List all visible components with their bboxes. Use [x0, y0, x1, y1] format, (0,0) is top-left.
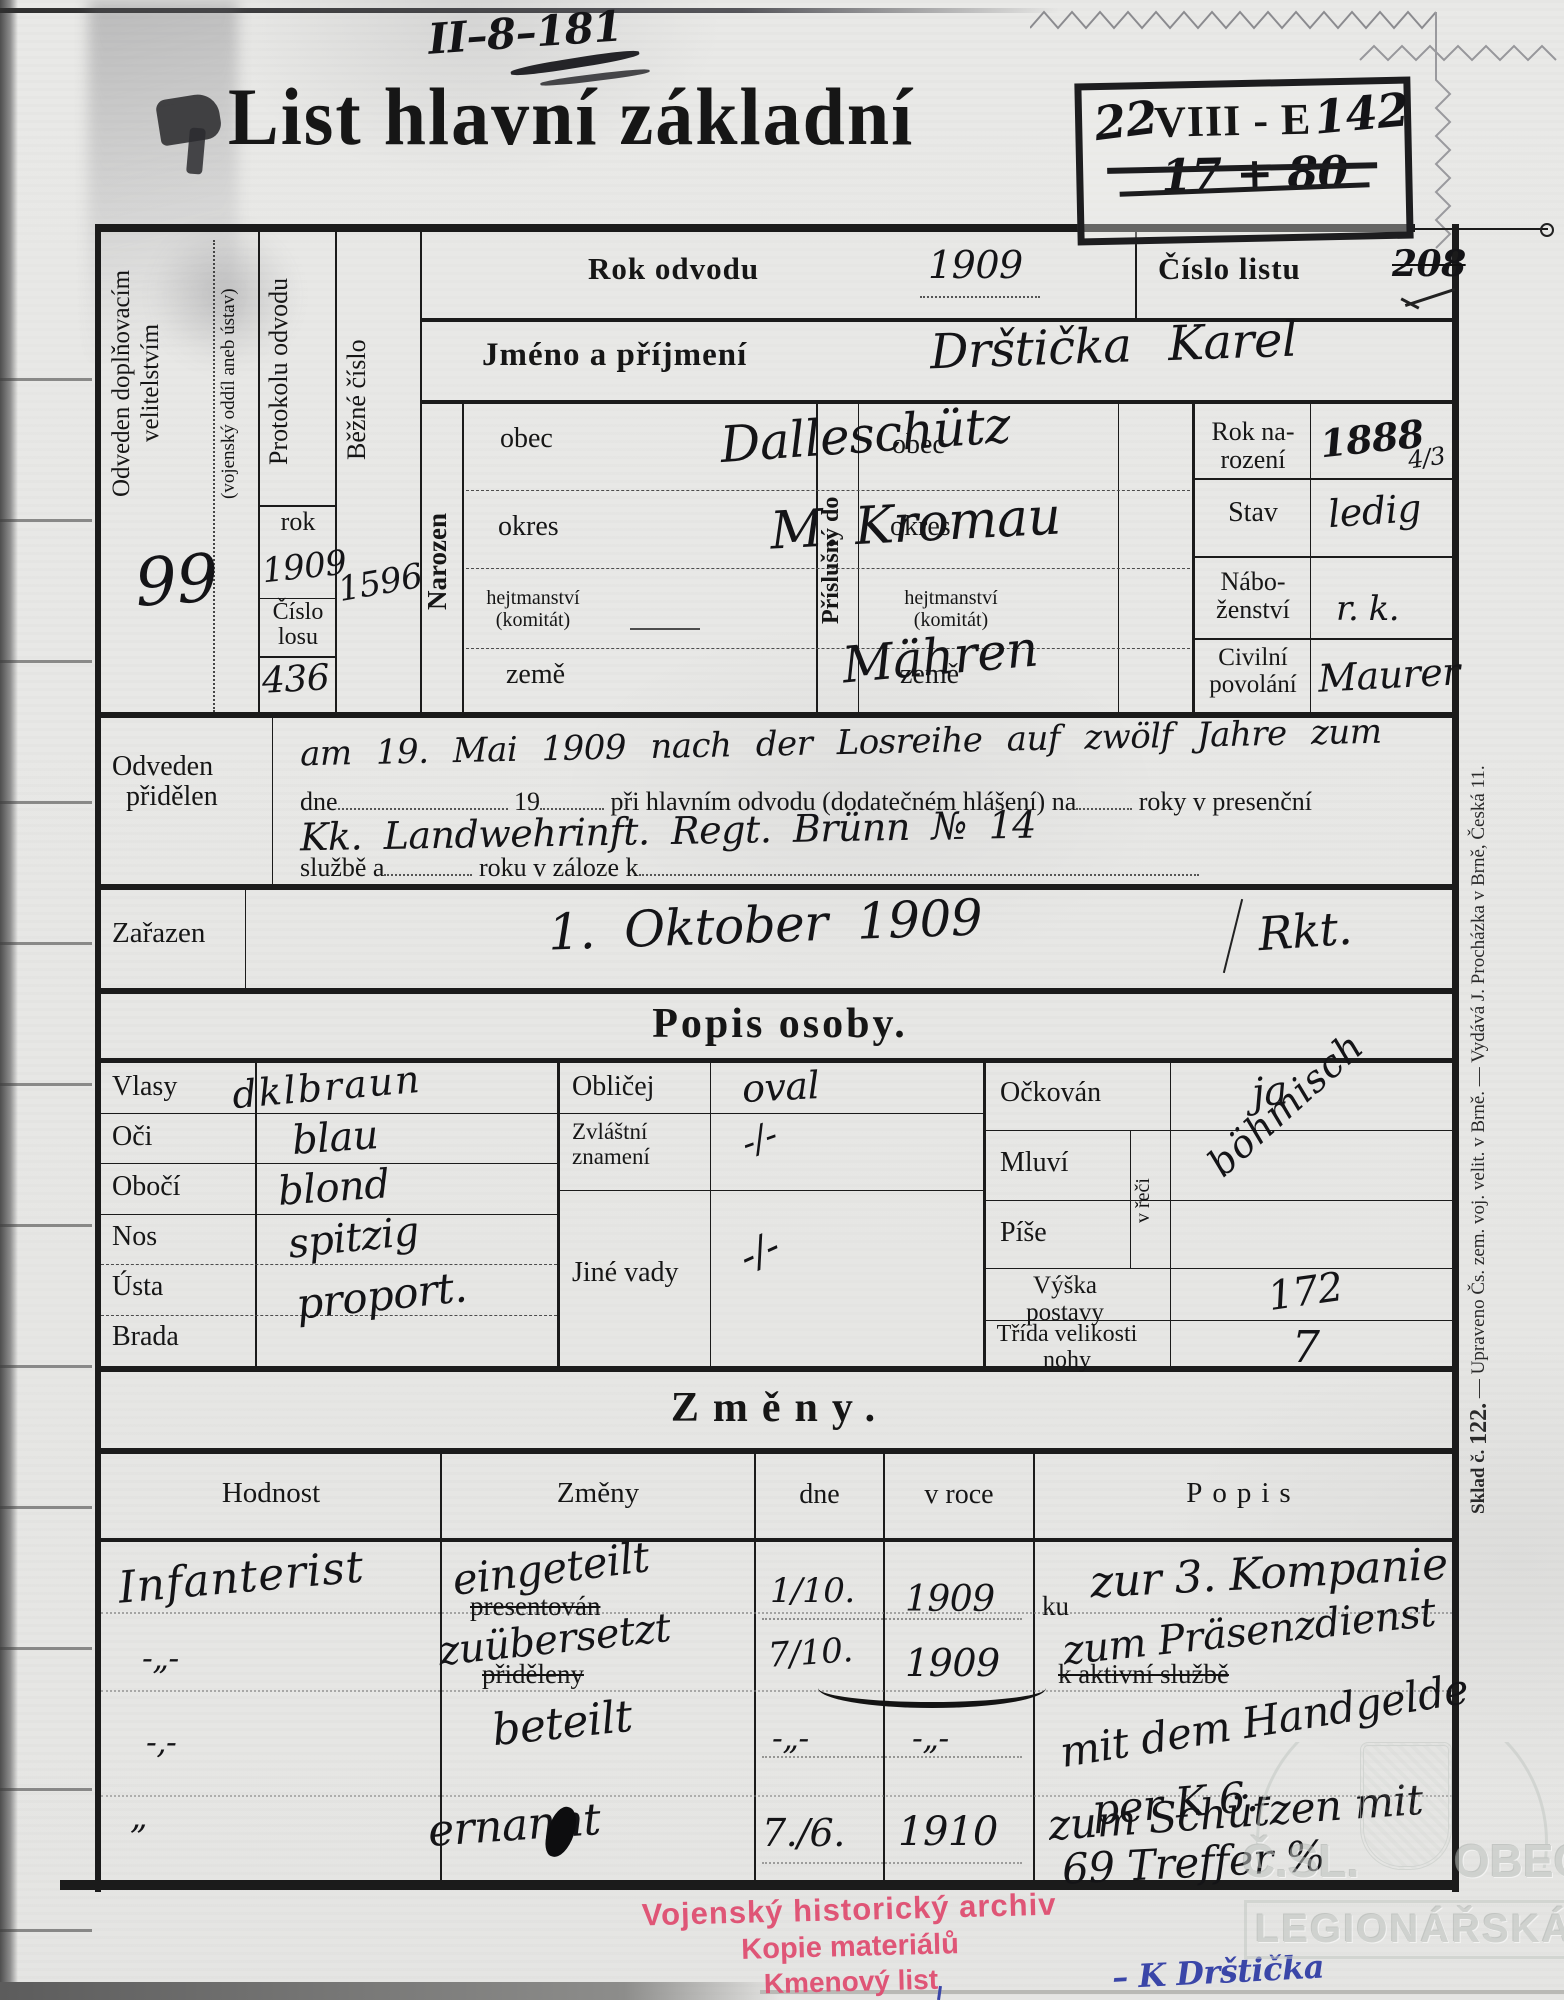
form-top-border-thin [1410, 228, 1548, 230]
zmeny-row-rok: 1909 [905, 1582, 995, 1618]
rok-narozeni-label: Rok na­rození [1200, 418, 1306, 474]
zmeny-row-dne: -„- [772, 1722, 809, 1754]
jine-vady-label: Jiné vady [572, 1258, 679, 1288]
trida-label: Třída velikosti nohy [992, 1322, 1142, 1374]
zmeny-row-hodnost: Infanterist [117, 1545, 367, 1610]
watermark-shield [1360, 1742, 1452, 1870]
odveden-p6: roku v záloze k [479, 853, 639, 882]
odveden-label-l2: přidělen [126, 781, 218, 812]
zmeny-row-rok: -„- [912, 1722, 949, 1754]
protokol-rok-value: 1909 [260, 546, 348, 589]
odveden-p1: dne [300, 787, 338, 816]
povolani-value: Maurer [1317, 652, 1461, 697]
grid [101, 1163, 557, 1164]
oboci-label: Obočí [112, 1172, 180, 1202]
file-number-annotation: II–8–181 [427, 5, 624, 60]
zmeny-row-hodnost: -„- [142, 1642, 179, 1674]
oci-value: blau [291, 1115, 380, 1161]
nabozenstvi-value: r. k. [1336, 592, 1399, 626]
zmeny-row-zmena: beteilt [490, 1695, 634, 1753]
legion-watermark: Č.SL. OBEC LEGIONÁŘSKÁ [1242, 1742, 1560, 1994]
grid [462, 400, 464, 712]
okres-label: okres [498, 512, 559, 542]
vyska-label: Výška postavy [1000, 1272, 1130, 1326]
vlasy-value: dklbraun [231, 1060, 423, 1114]
usta-label: Ústa [112, 1272, 163, 1302]
zmeny-col-zmeny: Změny [442, 1478, 754, 1509]
zmeny-col-popis: Popis [1035, 1478, 1452, 1509]
grid [557, 1190, 983, 1191]
usta-value: proport. [294, 1266, 468, 1326]
col-protokol-label: Protokolu odvodu [264, 240, 332, 502]
rok-odvodu-dots [920, 296, 1040, 298]
grid [754, 1454, 756, 1882]
grid [101, 1264, 557, 1265]
rok-narozeni-frac: 4/3 [1407, 444, 1447, 473]
zeme-label: země [506, 660, 565, 690]
grid [710, 1063, 711, 1366]
grid [883, 1454, 885, 1882]
watermark-text-csl: Č.SL. [1242, 1834, 1360, 1888]
zmeny-row-rok: 1910 [898, 1812, 998, 1852]
odveden-label: Odveden přidělen [112, 752, 218, 812]
vlasy-label: Vlasy [112, 1072, 177, 1102]
registry-stamp-number: 142 [1312, 86, 1410, 140]
zmeny-row-dne: 7./6. [762, 1814, 845, 1852]
vyska-value: 172 [1266, 1267, 1346, 1317]
grid [95, 1448, 1457, 1454]
grid [101, 1214, 557, 1215]
ockovan-label: Očkován [1000, 1078, 1101, 1108]
grid [557, 1113, 983, 1114]
grid [95, 884, 1457, 890]
grid [420, 318, 1454, 322]
grid [101, 1113, 557, 1114]
grid [101, 1690, 1452, 1692]
col-vojensky-oddil-label: (vojenský oddíl aneb ústav) [218, 244, 256, 544]
margin-part1: Sklad č. [1468, 1445, 1489, 1514]
povolani-label: Civilní povolání [1198, 644, 1308, 698]
jine-vady-value: -/- [734, 1226, 786, 1278]
grid [983, 1200, 1457, 1201]
stav-label: Stav [1200, 498, 1306, 528]
zmeny-row-zmena: eingeteilt [450, 1536, 651, 1602]
zmeny-row-hodnost: -,- [146, 1726, 176, 1758]
jmeno-label: Jméno a příjmení [482, 338, 747, 374]
rok-underline-flourish [818, 1688, 1046, 1708]
zmeny-row-dne: 7/10. [767, 1633, 854, 1673]
grid [1033, 1454, 1035, 1882]
odveden-label-l1: Odveden [112, 751, 213, 782]
page-title: List hlavní základní [228, 73, 914, 162]
pise-label: Píše [1000, 1218, 1047, 1248]
registry-stamp-box: 22 VIII - E 142 17 + 80 [1074, 76, 1413, 245]
hejtmanstvi-label: hejtmanství (komitát) [468, 588, 598, 631]
zvlastni-value: -/- [737, 1117, 782, 1163]
odveden-velitelstvim-value: 99 [133, 545, 220, 617]
col-odveden-velitelstvim-label: Odveden doplňovacím velitelstvím [108, 238, 210, 528]
margin-rest: — Upraveno Čs. zem. voj. velit. v Brně. … [1468, 766, 1489, 1403]
cislo-listu-label: Číslo listu [1158, 252, 1301, 285]
protokol-rok-label: rok [262, 508, 334, 536]
nos-label: Nos [112, 1222, 157, 1252]
hejtmanstvi-dash [630, 628, 700, 630]
zmeny-row-dne: 1/10. [770, 1574, 855, 1608]
oblicej-value: oval [741, 1066, 820, 1108]
zmeny-title: Změny. [600, 1386, 960, 1431]
zvlastni-label: Zvláštní znamení [572, 1120, 692, 1170]
oblicej-label: Obličej [572, 1072, 654, 1102]
nos-value: spitzig [286, 1211, 420, 1264]
popis-osoby-title: Popis osoby. [560, 1002, 1000, 1047]
zmeny-col-hodnost: Hodnost [101, 1478, 441, 1509]
watermark-text-obec: OBEC [1454, 1834, 1564, 1888]
nabozenstvi-label: Nábo-ženství [1200, 568, 1306, 624]
grid [557, 1063, 560, 1366]
zmeny-col-dne: dne [756, 1480, 883, 1510]
grid [245, 890, 246, 988]
odveden-p4: roky v presenční [1139, 787, 1312, 816]
bezne-cislo-value: 1596 [336, 559, 425, 607]
grid [95, 988, 1457, 994]
grid [1192, 478, 1454, 480]
jmeno-value: Drštička Karel [929, 316, 1297, 377]
grid [1192, 638, 1454, 640]
scan-edge-ticks [0, 240, 92, 2000]
jazyk-value: böhmisch [1201, 1026, 1370, 1183]
zeme-value: Mähren [840, 624, 1040, 691]
grid [101, 1058, 1457, 1063]
zarazen-note: Rkt. [1257, 905, 1354, 957]
grid [983, 1268, 1457, 1269]
obec-value: Dalleschütz [719, 400, 1012, 470]
zmeny-col-vroce: v roce [885, 1480, 1033, 1510]
odveden-handwritten-line1: am 19. Mai 1909 nach der Losreihe auf zw… [300, 715, 1382, 772]
okres-value: M. Kromau [769, 490, 1062, 557]
grid [1192, 556, 1454, 558]
zarazen-value: 1. Oktober 1909 [547, 892, 983, 957]
form-top-border-dot [1540, 223, 1554, 237]
registry-stamp-series: VIII - E [1154, 96, 1312, 147]
col-bezne-cislo-label: Běžné číslo [342, 250, 408, 550]
rok-odvodu-label: Rok odvodu [588, 252, 759, 285]
grid [1118, 400, 1119, 712]
zmeny-row-popis-printed: ku [1042, 1592, 1069, 1621]
trida-value: 7 [1292, 1326, 1320, 1370]
obec-label: obec [500, 424, 553, 454]
cislo-losu-label: Číslo losu [260, 600, 336, 650]
scanned-document: II–8–181 List hlavní základní 22 VIII - … [0, 0, 1564, 2000]
grid [213, 240, 215, 712]
cislo-listu-crossed-value: 208 [1392, 246, 1466, 282]
cislo-losu-value: 436 [261, 660, 330, 699]
oboci-value: blond [277, 1164, 391, 1212]
grid [983, 1130, 1457, 1131]
narozen-label: Narozen [422, 462, 462, 662]
grid [762, 1862, 1022, 1864]
oci-label: Oči [112, 1122, 152, 1152]
zarazen-label: Zařazen [112, 918, 205, 949]
registry-stamp-day: 22 [1091, 94, 1159, 148]
grid [101, 1366, 1457, 1372]
grid [1130, 1130, 1131, 1268]
zarazen-slash-mark [1223, 899, 1243, 973]
grid [272, 718, 273, 884]
archive-stamp: Vojenský historický archiv Kopie materiá… [539, 1884, 1162, 2000]
grid [95, 1538, 1457, 1542]
zmeny-row-rok: 1909 [905, 1644, 1000, 1682]
grid [1135, 232, 1137, 318]
v-reci-label: v řeči [1132, 1142, 1162, 1260]
brada-label: Brada [112, 1322, 179, 1352]
stav-value: ledig [1327, 489, 1422, 533]
rok-odvodu-value: 1909 [928, 246, 1023, 284]
mluvi-label: Mluví [1000, 1148, 1068, 1178]
watermark-text-legionarska: LEGIONÁŘSKÁ [1244, 1900, 1564, 1959]
zmeny-row-hodnost: „ [130, 1800, 147, 1834]
margin-num: 122. [1466, 1403, 1492, 1445]
printer-margin-text: Sklad č. 122. — Upraveno Čs. zem. voj. v… [1466, 290, 1518, 1990]
